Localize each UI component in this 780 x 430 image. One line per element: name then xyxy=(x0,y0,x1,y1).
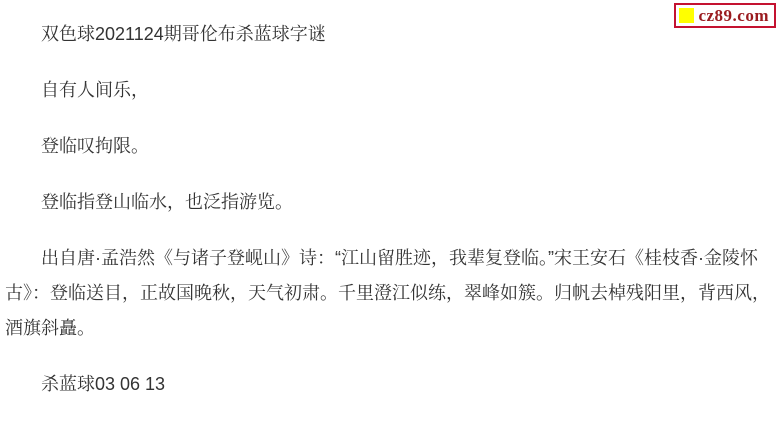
site-logo-text: cz89.com xyxy=(698,7,769,24)
article-title: 双色球2021124期哥伦布杀蓝球字谜 xyxy=(5,17,775,52)
article: 双色球2021124期哥伦布杀蓝球字谜 自有人间乐， 登临叹拘限。 登临指登山临… xyxy=(0,17,780,402)
kill-blue-numbers: 杀蓝球03 06 13 xyxy=(5,367,775,402)
site-logo[interactable]: cz89.com xyxy=(674,3,776,28)
page: cz89.com 双色球2021124期哥伦布杀蓝球字谜 自有人间乐， 登临叹拘… xyxy=(0,0,780,430)
source-citation: 出自唐·孟浩然《与诸子登岘山》诗：“江山留胜迹，我辈复登临。”宋王安石《桂枝香·… xyxy=(5,241,775,346)
riddle-explanation: 登临指登山临水，也泛指游览。 xyxy=(5,185,775,220)
riddle-line-1: 自有人间乐， xyxy=(5,73,775,108)
riddle-line-2: 登临叹拘限。 xyxy=(5,129,775,164)
logo-yellow-square-icon xyxy=(679,8,694,23)
